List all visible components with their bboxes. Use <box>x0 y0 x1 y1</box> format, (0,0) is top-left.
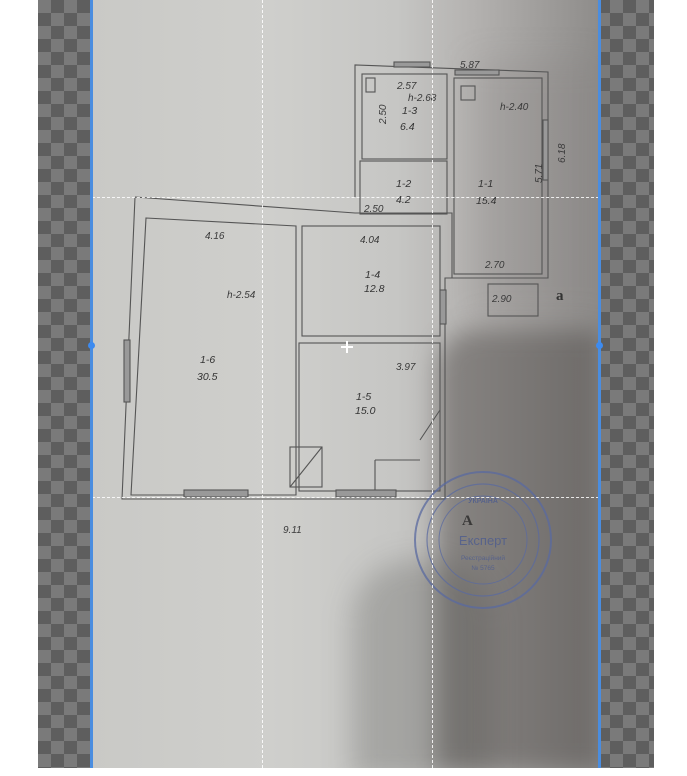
svg-text:6.18: 6.18 <box>557 143 568 163</box>
grid-guide-horizontal <box>92 497 599 498</box>
grid-guide-vertical <box>262 0 263 768</box>
svg-text:2.70: 2.70 <box>484 260 505 271</box>
svg-text:12.8: 12.8 <box>364 283 385 295</box>
svg-text:а: а <box>556 288 564 304</box>
crop-edge-right[interactable] <box>598 0 601 768</box>
center-crosshair-icon <box>341 341 353 353</box>
svg-text:2.90: 2.90 <box>491 294 512 305</box>
expert-stamp: УКРАЇНА А Експерт Реєстраційний № 5765 <box>415 472 551 608</box>
crop-handle-left[interactable] <box>88 342 95 349</box>
svg-text:1-4: 1-4 <box>365 269 380 281</box>
svg-text:4.04: 4.04 <box>360 235 380 246</box>
svg-text:1-6: 1-6 <box>200 354 215 366</box>
svg-text:h-2.40: h-2.40 <box>500 102 529 113</box>
svg-text:УКРАЇНА: УКРАЇНА <box>468 497 498 505</box>
svg-text:4.16: 4.16 <box>205 231 225 242</box>
svg-text:1-2: 1-2 <box>396 178 411 190</box>
svg-text:А: А <box>462 513 473 529</box>
svg-text:2.50: 2.50 <box>378 104 389 125</box>
svg-text:2.57: 2.57 <box>396 81 417 92</box>
svg-text:h-2.54: h-2.54 <box>227 290 256 301</box>
svg-text:№ 5765: № 5765 <box>471 565 495 572</box>
floor-plan-drawing: 5.87 2.57 h-2.68 1-3 6.4 2.50 h-2.40 1-1… <box>0 0 687 776</box>
svg-text:3.97: 3.97 <box>396 362 416 373</box>
svg-text:6.4: 6.4 <box>400 121 415 133</box>
grid-guide-vertical <box>432 0 433 768</box>
svg-text:5.71: 5.71 <box>534 164 545 183</box>
svg-text:15.0: 15.0 <box>355 405 376 417</box>
svg-text:1-1: 1-1 <box>478 178 493 190</box>
crop-edge-left[interactable] <box>90 0 93 768</box>
svg-text:1-5: 1-5 <box>356 391 371 403</box>
svg-text:4.2: 4.2 <box>396 194 411 206</box>
svg-text:9.11: 9.11 <box>283 525 302 536</box>
svg-text:1-3: 1-3 <box>402 105 417 117</box>
svg-text:2.50: 2.50 <box>363 204 384 215</box>
svg-text:30.5: 30.5 <box>197 371 218 383</box>
grid-guide-horizontal <box>92 197 599 198</box>
crop-handle-right[interactable] <box>596 342 603 349</box>
svg-text:Експерт: Експерт <box>459 533 507 548</box>
svg-text:Реєстраційний: Реєстраційний <box>461 554 505 562</box>
svg-text:5.87: 5.87 <box>460 60 480 71</box>
